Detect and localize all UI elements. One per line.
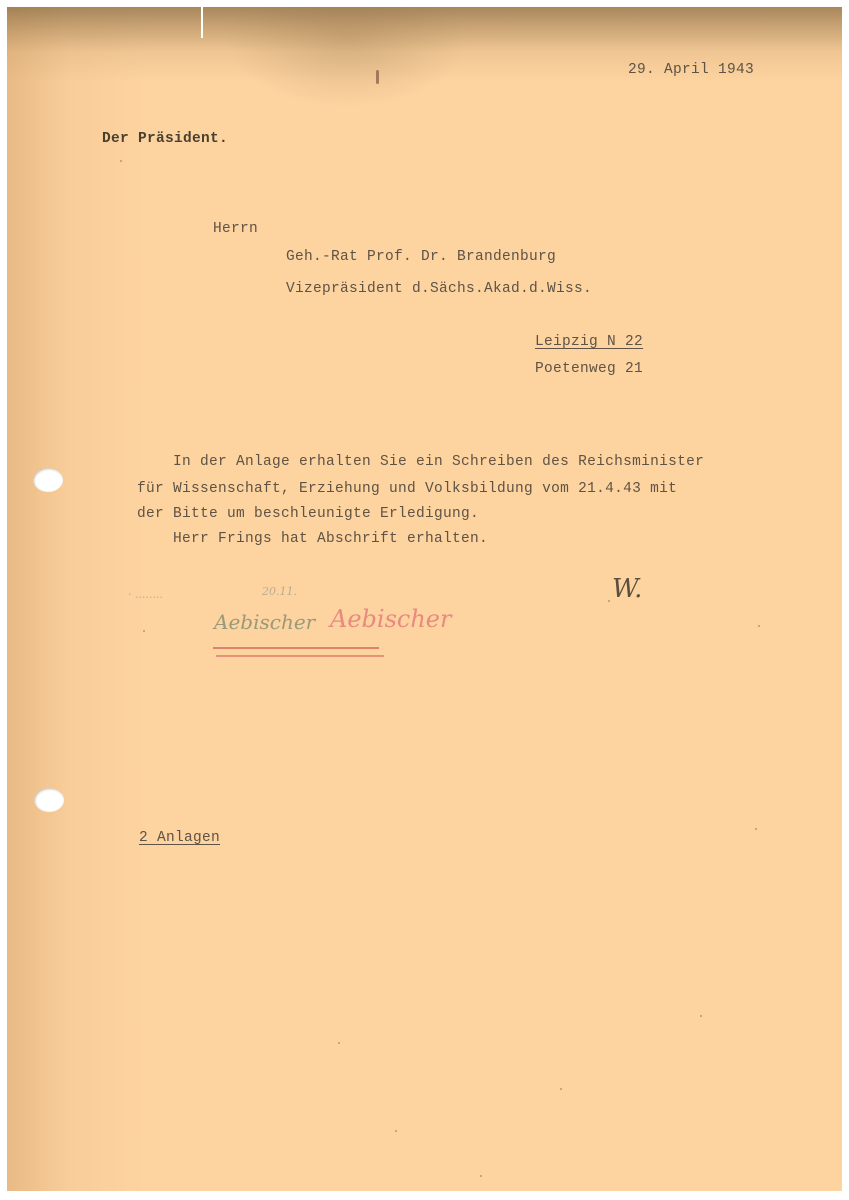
pencil-date-note: 20.11. bbox=[262, 585, 297, 598]
paper-speck bbox=[338, 1042, 340, 1044]
paper-speck bbox=[700, 1015, 702, 1017]
body-line-4: Herr Frings hat Abschrift erhalten. bbox=[137, 531, 488, 547]
paper-speck bbox=[480, 1175, 482, 1177]
paper-speck bbox=[560, 1088, 562, 1090]
red-underline-1 bbox=[213, 647, 379, 649]
body-line-1: In der Anlage erhalten Sie ein Schreiben… bbox=[137, 454, 704, 470]
red-underline-2 bbox=[216, 655, 384, 657]
body-line-3: der Bitte um beschleunigte Erledigung. bbox=[137, 506, 479, 522]
paper-speck bbox=[758, 625, 760, 627]
paper-tear bbox=[201, 0, 203, 38]
recipient-street: Poetenweg 21 bbox=[535, 361, 643, 377]
faint-pencil-note: · ........ bbox=[128, 588, 163, 601]
recipient-title: Vizepräsident d.Sächs.Akad.d.Wiss. bbox=[286, 281, 592, 297]
sender-line: Der Präsident. bbox=[102, 131, 228, 147]
ink-mark bbox=[376, 70, 379, 84]
paper-speck bbox=[755, 828, 757, 830]
punch-hole-bottom bbox=[34, 788, 64, 812]
punch-hole-top bbox=[33, 468, 63, 492]
letter-date: 29. April 1943 bbox=[628, 62, 754, 78]
paper-speck bbox=[120, 160, 122, 162]
recipient-name: Geh.-Rat Prof. Dr. Brandenburg bbox=[286, 249, 556, 265]
pencil-name-annotation: Aebischer bbox=[214, 610, 315, 634]
recipient-city: Leipzig N 22 bbox=[535, 334, 643, 350]
paper-speck bbox=[143, 630, 145, 632]
recipient-salutation: Herrn bbox=[213, 221, 258, 237]
enclosures-note: 2 Anlagen bbox=[139, 830, 220, 846]
paper-speck bbox=[608, 600, 610, 602]
red-pencil-name-annotation: Aebischer bbox=[330, 605, 451, 633]
body-line-2: für Wissenschaft, Erziehung und Volksbil… bbox=[137, 481, 677, 497]
paper-speck bbox=[395, 1130, 397, 1132]
signature-initial: W. bbox=[612, 574, 642, 604]
